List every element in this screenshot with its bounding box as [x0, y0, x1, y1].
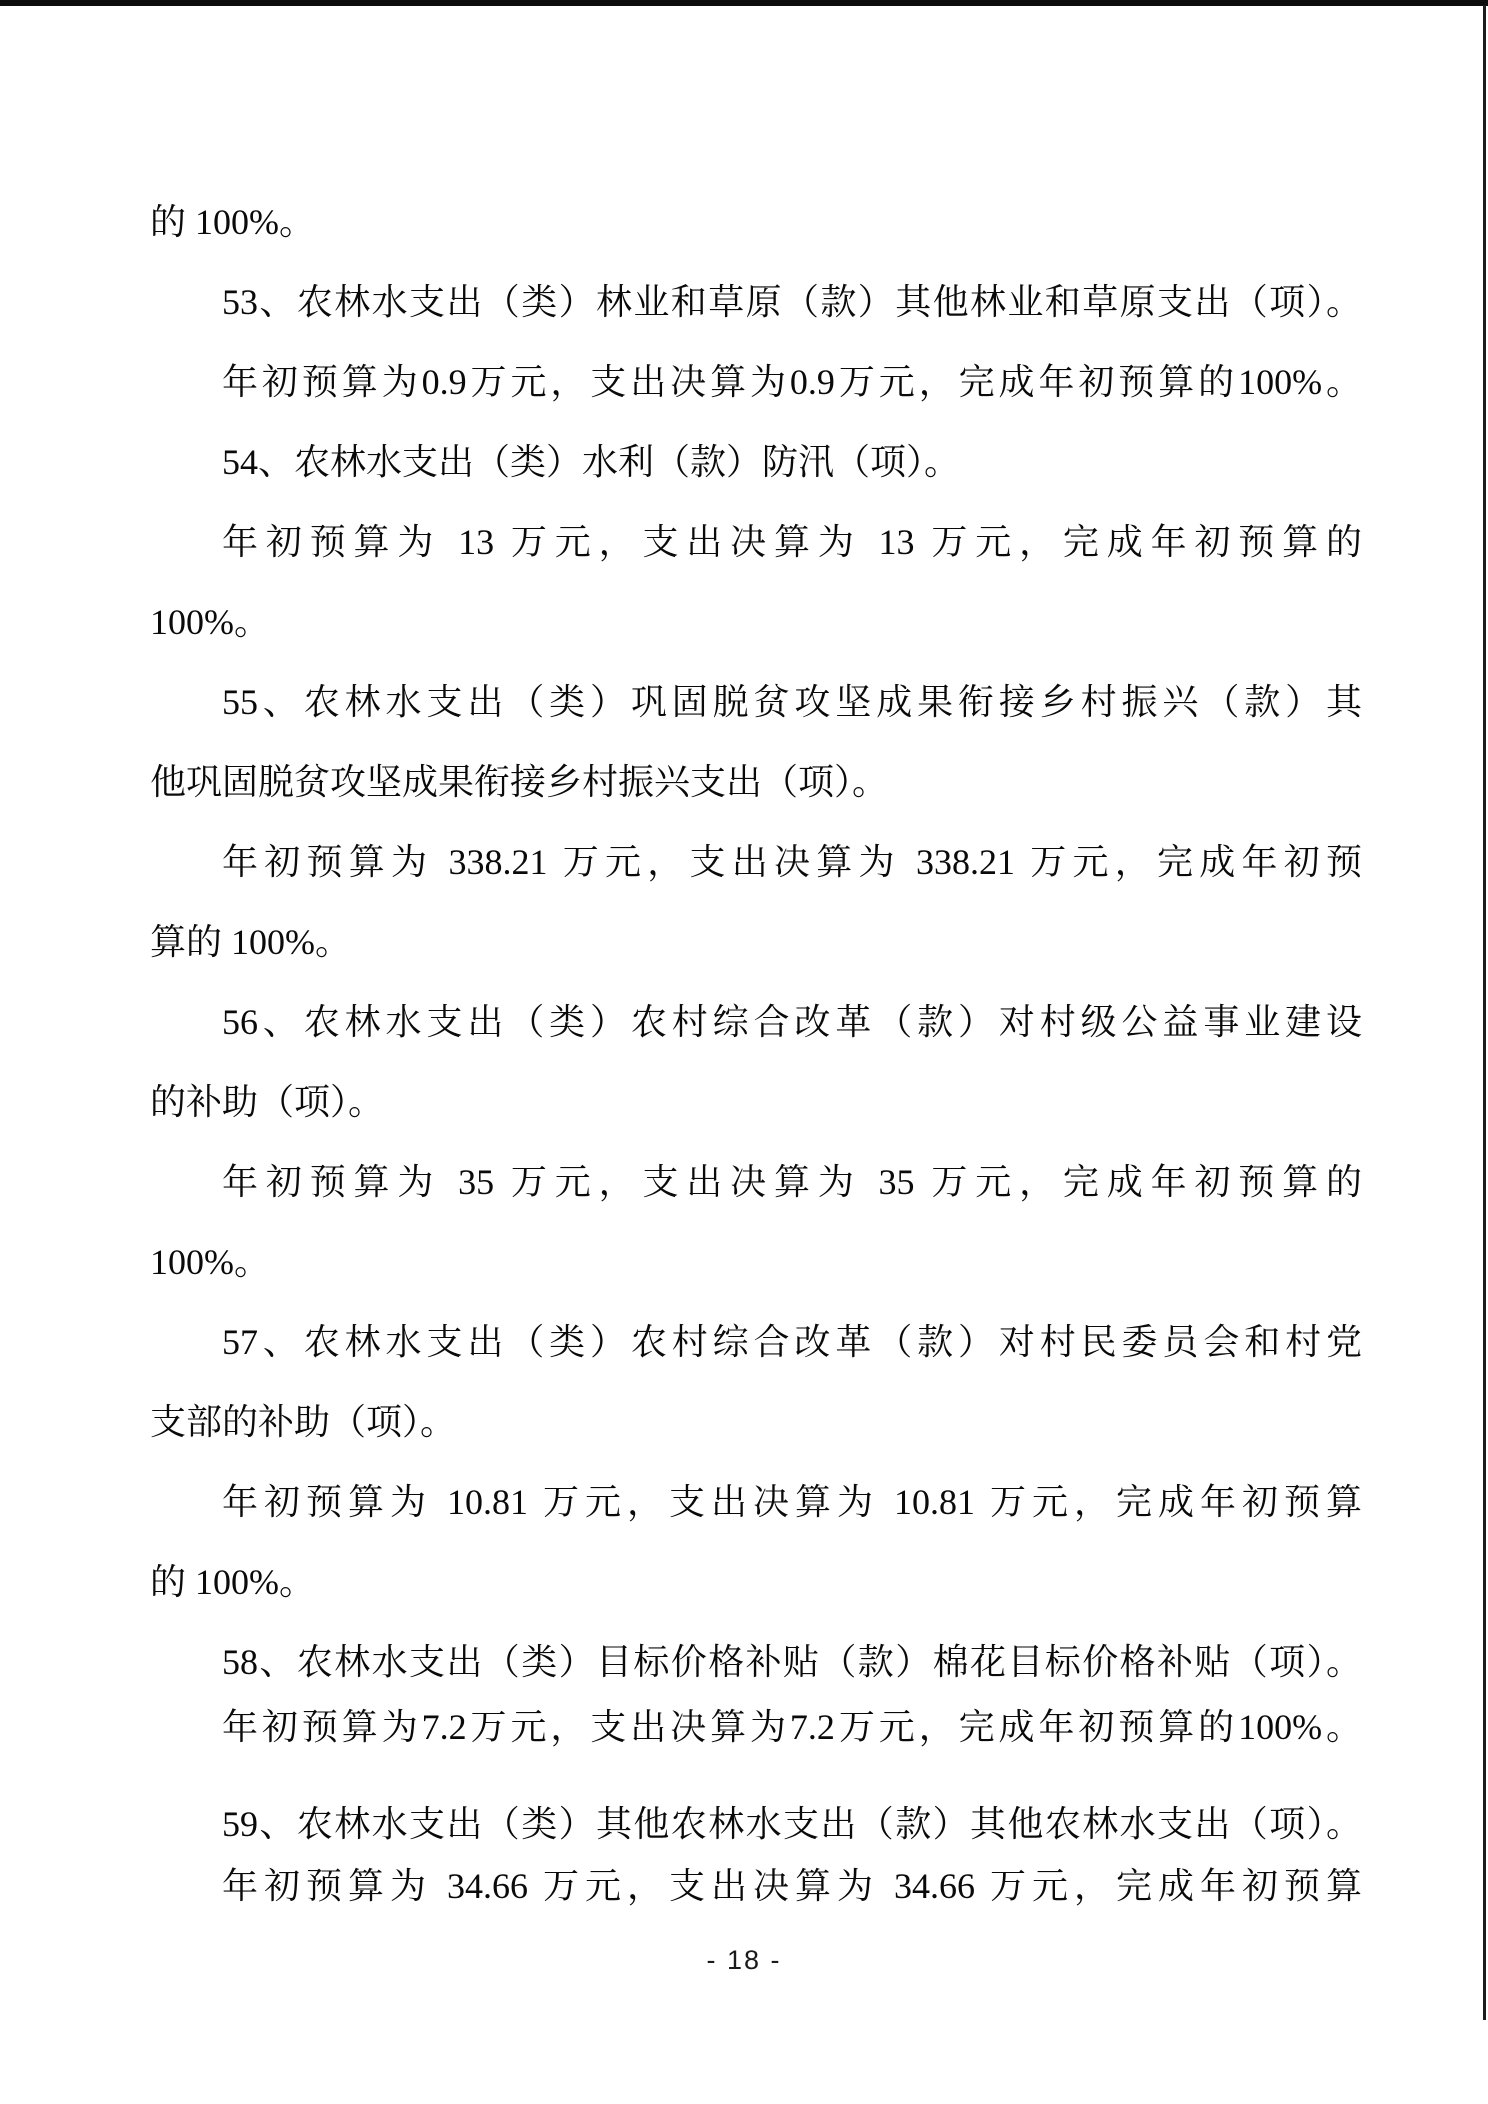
document-line-item-55-title: 55、农林水支出（类）巩固脱贫攻坚成果衔接乡村振兴（款）其: [150, 662, 1362, 742]
document-line: 算的 100%。: [150, 902, 1362, 982]
document-line: 年初预算为0.9万元，支出决算为0.9万元，完成年初预算的100%。: [150, 342, 1362, 422]
page-number: - 18 -: [0, 1945, 1488, 1976]
document-line: 年初预算为 10.81 万元，支出决算为 10.81 万元，完成年初预算: [150, 1462, 1362, 1542]
document-line: 的 100%。: [150, 1542, 1362, 1622]
document-line: 年初预算为 13 万元，支出决算为 13 万元，完成年初预算的: [150, 502, 1362, 582]
document-line-item-53-title: 53、农林水支出（类）林业和草原（款）其他林业和草原支出（项）。: [150, 262, 1362, 342]
document-line: 的 100%。: [150, 182, 1362, 262]
document-page: 的 100%。 53、农林水支出（类）林业和草原（款）其他林业和草原支出（项）。…: [0, 0, 1488, 2104]
document-line: 100%。: [150, 1222, 1362, 1302]
document-line: 年初预算为 35 万元，支出决算为 35 万元，完成年初预算的: [150, 1142, 1362, 1222]
document-line: 的补助（项）。: [150, 1062, 1362, 1142]
document-line: 年初预算为7.2万元，支出决算为7.2万元，完成年初预算的100%。: [150, 1687, 1362, 1767]
document-line: 支部的补助（项）。: [150, 1382, 1362, 1462]
scan-top-bar: [0, 0, 1488, 6]
document-line: 年初预算为 338.21 万元，支出决算为 338.21 万元，完成年初预: [150, 822, 1362, 902]
document-body: 的 100%。 53、农林水支出（类）林业和草原（款）其他林业和草原支出（项）。…: [150, 182, 1362, 1926]
document-line: 年初预算为 34.66 万元，支出决算为 34.66 万元，完成年初预算: [150, 1846, 1362, 1926]
document-line-item-54-title: 54、农林水支出（类）水利（款）防汛（项）。: [150, 422, 1362, 502]
document-line: 他巩固脱贫攻坚成果衔接乡村振兴支出（项）。: [150, 742, 1362, 822]
document-line: 100%。: [150, 582, 1362, 662]
document-line-item-57-title: 57、农林水支出（类）农村综合改革（款）对村民委员会和村党: [150, 1302, 1362, 1382]
scan-right-edge-line: [1483, 5, 1486, 2020]
document-line-item-56-title: 56、农林水支出（类）农村综合改革（款）对村级公益事业建设: [150, 982, 1362, 1062]
